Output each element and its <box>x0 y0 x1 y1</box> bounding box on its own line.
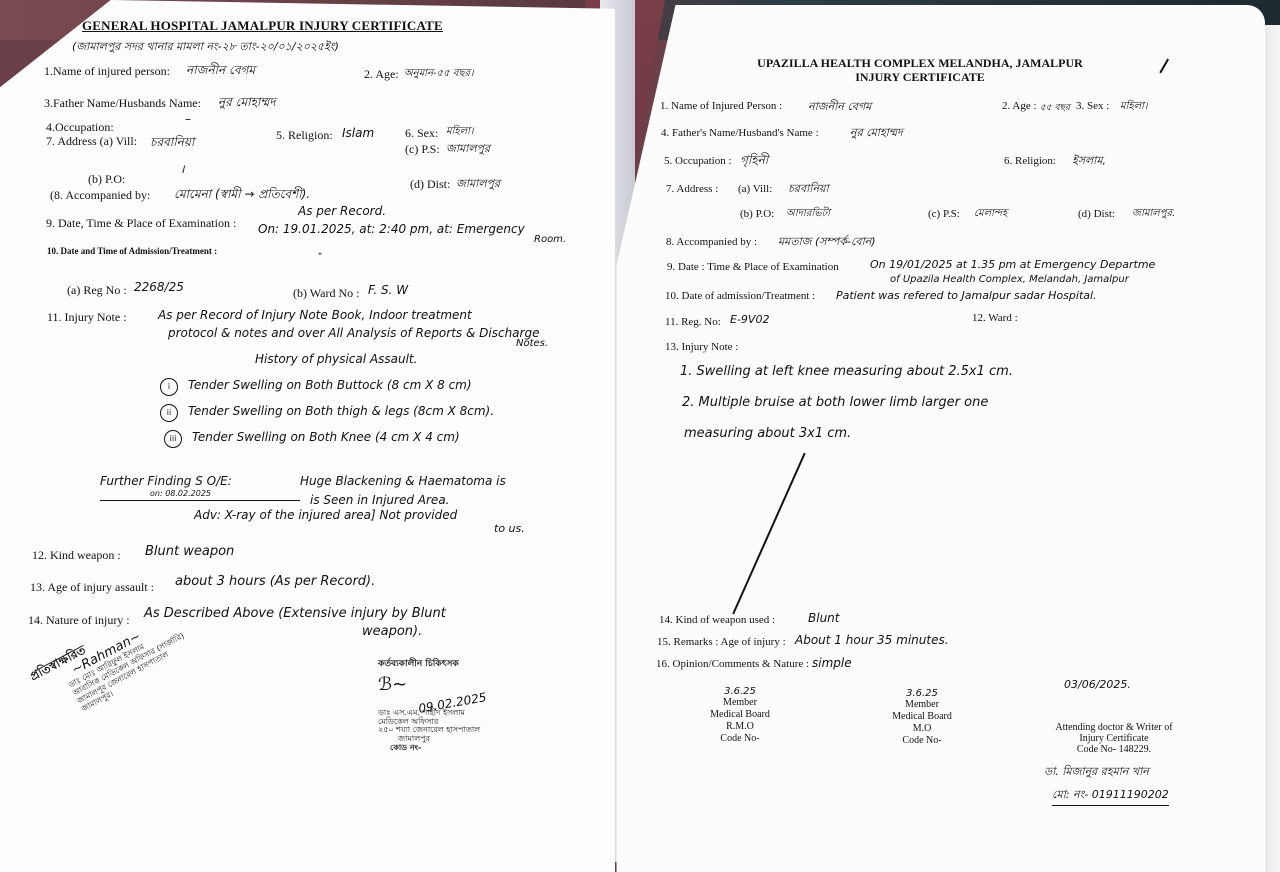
injury-number: ii <box>160 404 178 422</box>
r-reg-value: E-9V02 <box>730 313 769 326</box>
sig-line: M.O <box>872 723 972 735</box>
weapon-label: 12. Kind weapon : <box>32 548 121 563</box>
father-label: 3.Father Name/Husbands Name: <box>44 96 201 111</box>
occupation-label: 4.Occupation: <box>46 120 114 135</box>
injury-intro-1: As per Record of Injury Note Book, Indoo… <box>158 308 472 322</box>
nature-value-2: weapon). <box>362 624 422 639</box>
r-remarks-label: 15. Remarks : Age of injury : <box>657 636 786 648</box>
attending-name: ডা. মিজানুর রহমান খান <box>1044 763 1149 782</box>
age-injury-label: 13. Age of injury assault : <box>30 580 154 595</box>
injury-number: i <box>160 378 178 396</box>
r-occupation-value: গৃহিনী <box>740 152 768 172</box>
r-religion-label: 6. Religion: <box>1004 155 1056 167</box>
r-vill-value: চরবানিয়া <box>788 180 829 199</box>
left-cert-title: GENERAL HOSPITAL JAMALPUR INJURY CERTIFI… <box>82 18 443 34</box>
r-admission-label: 10. Date of admission/Treatment : <box>665 290 815 302</box>
further-line-2: is Seen in Injured Area. <box>310 493 449 507</box>
duty-doctor-stamp: কর্তব্যকালীন চিকিৎসক ℬ~ 09.02.2025 ডাঃ এ… <box>378 660 480 753</box>
admission-value: " <box>318 252 322 262</box>
r-occupation-label: 5. Occupation : <box>664 155 732 167</box>
religion-value: Islam <box>342 126 374 140</box>
dist-value: জামালপুর <box>456 175 500 194</box>
r-injury-item: 1. Swelling at left knee measuring about… <box>680 364 1013 379</box>
ps-label: (c) P.S: <box>405 142 440 157</box>
further-underline <box>100 500 300 501</box>
age-injury-value: about 3 hours (As per Record). <box>175 574 375 589</box>
injury-text: Tender Swelling on Both Buttock (8 cm X … <box>188 378 472 392</box>
religion-label: 5. Religion: <box>276 128 333 143</box>
exam-label: 9. Date, Time & Place of Examination : <box>46 216 236 231</box>
board-member-mo: 3.6.25 Member Medical Board M.O Code No- <box>872 688 972 747</box>
sex-label: 6. Sex: <box>405 126 438 141</box>
exam-value-3: Room. <box>534 234 566 245</box>
ward-label: (b) Ward No : <box>293 286 359 301</box>
right-cert-title-2: INJURY CERTIFICATE <box>700 70 1140 85</box>
r-sex-label: 3. Sex : <box>1076 100 1109 112</box>
ward-value: F. S. W <box>368 283 408 297</box>
name-label: 1.Name of injured person: <box>44 64 170 79</box>
sig-line: Attending doctor & Writer of <box>1030 722 1198 733</box>
r-age-value: ৫৫ বছর <box>1040 100 1070 115</box>
rmo-signature: 3.6.25 <box>690 686 790 697</box>
r-admission-value: Patient was refered to Jamalpur sadar Ho… <box>836 289 1097 302</box>
r-weapon-value: Blunt <box>808 611 839 625</box>
sig-line: Member <box>872 699 972 711</box>
injury-item: iiTender Swelling on Both thigh & legs (… <box>160 404 494 422</box>
father-value: নুর মোহাম্মদ <box>218 94 276 114</box>
r-injury-item: 2. Multiple bruise at both lower limb la… <box>682 395 988 410</box>
attending-doctor-block: Attending doctor & Writer of Injury Cert… <box>1030 722 1198 755</box>
r-injury-note-label: 13. Injury Note : <box>665 341 738 353</box>
further-finding-date: on: 08.02.2025 <box>150 489 211 498</box>
address-label: 7. Address (a) Vill: <box>46 134 137 149</box>
r-po-label: (b) P.O: <box>740 208 774 220</box>
nature-value-1: As Described Above (Extensive injury by … <box>144 606 446 621</box>
sig-line: Code No- <box>690 733 790 745</box>
r-weapon-label: 14. Kind of weapon used : <box>659 614 775 626</box>
r-ps-label: (c) P.S: <box>928 208 960 220</box>
injury-note-label: 11. Injury Note : <box>47 310 127 325</box>
sig-line: Injury Certificate <box>1030 733 1198 744</box>
occupation-value: – <box>185 112 191 126</box>
po-label: (b) P.O: <box>88 172 125 187</box>
name-value: নাজনীন বেগম <box>186 62 255 82</box>
r-exam-label: 9. Date : Time & Place of Examination <box>667 261 839 273</box>
accompanied-label: (8. Accompanied by: <box>50 188 150 203</box>
r-reg-label: 11. Reg. No: <box>665 316 721 328</box>
r-opinion-label: 16. Opinion/Comments & Nature : <box>656 658 809 670</box>
sig-line: Medical Board <box>690 709 790 721</box>
injury-text: Tender Swelling on Both thigh & legs (8c… <box>188 404 494 418</box>
r-remarks-value: About 1 hour 35 minutes. <box>795 633 949 647</box>
r-sex-value: মহিলা। <box>1120 99 1148 116</box>
po-value: । <box>180 160 185 177</box>
r-opinion-value: simple <box>812 656 852 670</box>
reg-value: 2268/25 <box>134 280 184 294</box>
r-father-label: 4. Father's Name/Husband's Name : <box>661 127 819 139</box>
r-po-value: আদারভিটা <box>786 206 830 223</box>
further-line-4: to us. <box>494 522 525 535</box>
exam-value-2: On: 19.01.2025, at: 2:40 pm, at: Emergen… <box>258 222 525 236</box>
ps-value: জামালপুর <box>446 140 490 159</box>
right-cert-title-1: UPAZILLA HEALTH COMPLEX MELANDHA, JAMALP… <box>700 56 1140 71</box>
age-value: অনুমান-৫৫ বছর। <box>404 66 474 83</box>
injury-item: iTender Swelling on Both Buttock (8 cm X… <box>160 378 472 396</box>
injury-intro-3: Notes. <box>516 338 548 349</box>
further-line-1: Huge Blackening & Haematoma is <box>300 474 506 488</box>
sig-line: Member <box>690 697 790 709</box>
stamp-line: কোড নং- <box>390 744 480 753</box>
exam-value-1: As per Record. <box>298 204 386 218</box>
admission-label: 10. Date and Time of Admission/Treatment… <box>47 246 217 256</box>
sig-line: Medical Board <box>872 711 972 723</box>
left-certificate: GENERAL HOSPITAL JAMALPUR INJURY CERTIFI… <box>0 0 615 872</box>
weapon-value: Blunt weapon <box>145 544 234 559</box>
injury-history: History of physical Assault. <box>255 352 417 366</box>
r-religion-value: ইসলাম, <box>1072 152 1106 171</box>
reg-label: (a) Reg No : <box>67 283 127 298</box>
accompanied-value: মোমেনা (স্বামী → প্রতিবেশী). <box>174 186 310 206</box>
sig-line: R.M.O <box>690 721 790 733</box>
r-name-label: 1. Name of Injured Person : <box>660 100 782 112</box>
r-injury-item: measuring about 3x1 cm. <box>684 426 851 441</box>
r-name-value: নাজনীন বেগম <box>808 98 871 117</box>
address-vill-value: চরবানিয়া <box>150 134 194 154</box>
r-exam-value-1: On 19/01/2025 at 1.35 pm at Emergency De… <box>870 258 1155 271</box>
duty-doctor-signature: ℬ~ <box>378 674 480 695</box>
duty-doctor-heading: কর্তব্যকালীন চিকিৎসক <box>378 660 480 670</box>
r-ps-value: মেলান্দহ <box>974 206 1007 223</box>
r-accompanied-label: 8. Accompanied by : <box>666 236 757 248</box>
r-ward-label: 12. Ward : <box>972 312 1018 324</box>
r-address-label: 7. Address : <box>666 183 718 195</box>
r-father-value: নুর মোহাম্মদ <box>850 124 903 143</box>
injury-intro-2: protocol & notes and over All Analysis o… <box>168 326 539 340</box>
mo-signature: 3.6.25 <box>872 688 972 699</box>
r-dist-value: জামালপুর. <box>1132 206 1175 223</box>
age-label: 2. Age: <box>364 67 399 82</box>
injury-number: iii <box>164 430 182 448</box>
sex-value: মহিলা। <box>446 124 474 141</box>
left-cert-case-no: (জামালপুর সদর থানার মামলা নং-২৮ তাং-২০/০… <box>72 38 339 57</box>
further-finding-label: Further Finding S O/E: <box>100 474 232 488</box>
board-member-rmo: 3.6.25 Member Medical Board R.M.O Code N… <box>690 686 790 745</box>
r-dist-label: (d) Dist: <box>1078 208 1115 220</box>
dist-label: (d) Dist: <box>410 177 450 192</box>
r-exam-value-2: of Upazila Health Complex, Melandah, Jam… <box>890 274 1129 285</box>
further-line-3: Adv: X-ray of the injured area] Not prov… <box>194 508 457 522</box>
r-accompanied-value: মমতাজ (সম্পর্ক-বোন) <box>778 233 876 252</box>
sig-line: Code No- <box>872 735 972 747</box>
injury-text: Tender Swelling on Both Knee (4 cm X 4 c… <box>192 430 460 444</box>
attending-sig-date: 03/06/2025. <box>1064 678 1131 691</box>
attending-phone: মো: নং- 01911190202 <box>1052 786 1169 806</box>
r-vill-label: (a) Vill: <box>738 183 772 195</box>
r-age-label: 2. Age : <box>1002 100 1037 112</box>
injury-item: iiiTender Swelling on Both Knee (4 cm X … <box>164 430 460 448</box>
attending-signature: 03/06/2025. <box>1064 678 1131 691</box>
sig-line: Code No- 148229. <box>1030 744 1198 755</box>
